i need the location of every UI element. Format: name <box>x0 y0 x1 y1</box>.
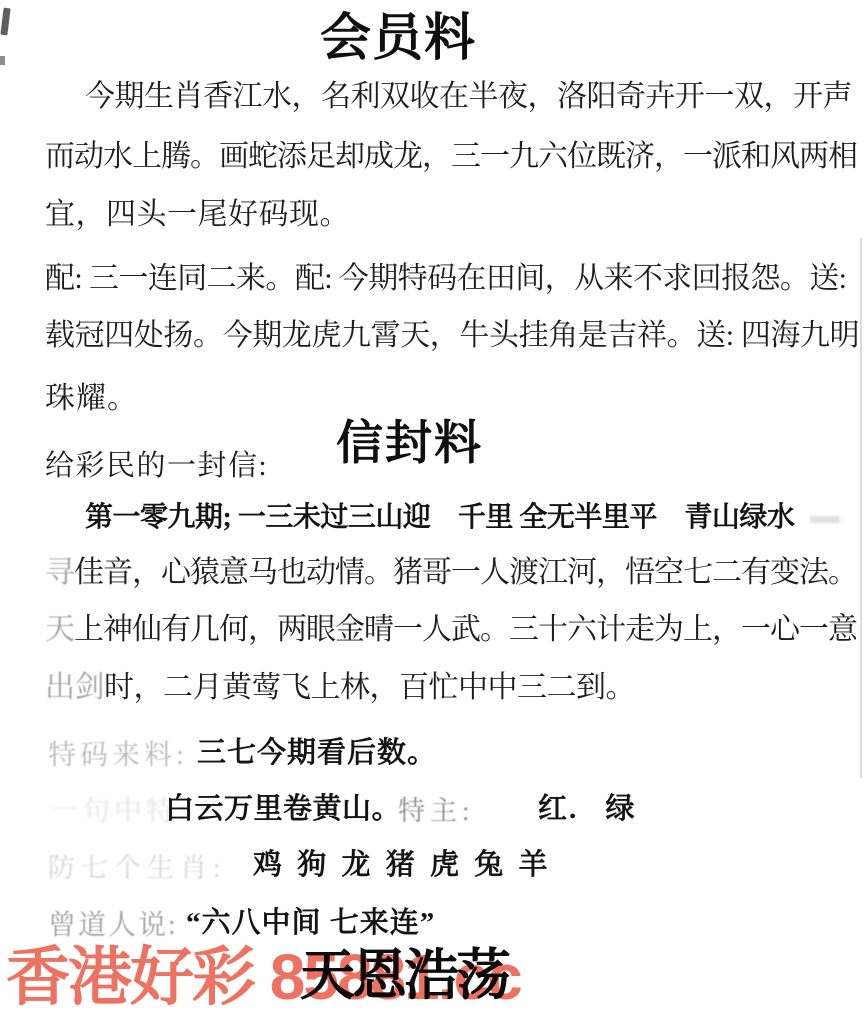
member-line: 宜，四头一尾好码现。 <box>45 198 350 233</box>
verse-line-issue: 第一零九期; 一三未过三山迎 千里 全无半里平 青山绿水 <box>85 502 794 534</box>
verse-text: 第一零九期; 一三未过三山迎 千里 全无半里平 青山绿水 <box>85 502 794 533</box>
footer-row-tip: 三七今期看后数。 <box>197 737 437 770</box>
faded-prefix: 天 <box>45 613 74 646</box>
letter-intro-label: 给彩民的一封信: <box>45 450 268 483</box>
scan-edge-line <box>860 238 862 778</box>
verse-line: 天上神仙有几何，两眼金晴一人武。三十六计走为上，一心一意 <box>45 613 857 648</box>
member-section-title: 会员料 <box>320 10 476 69</box>
footer-row-label-faded: 防七个生肖: <box>48 853 227 884</box>
footer-row-label-faded: 曾道人说: <box>48 910 178 942</box>
footer-row-tip: 白云万里卷黄山。 <box>165 793 401 826</box>
zodiac-tip-row: 鸡 狗 龙 猪 虎 兔 羊 <box>253 849 549 882</box>
verse-text: 佳音，心猿意马也动情。猪哥一人渡江河，悟空七二有变法。 <box>74 556 857 589</box>
special-main-colors: 红. 绿 <box>538 793 637 826</box>
member-line: 载冠四处扬。今期龙虎九霄天，牛头挂角是吉祥。送: 四海九明 <box>45 319 859 354</box>
scan-noise <box>810 516 840 523</box>
scan-speck <box>0 56 5 65</box>
member-line: 今期生肖香江水，名利双收在半夜，洛阳奇卉开一双，开声 <box>85 80 852 115</box>
member-line: 珠耀。 <box>45 382 138 417</box>
faded-prefix: 寻 <box>45 556 74 589</box>
site-watermark: 香港好彩 85881.cc <box>6 941 521 1015</box>
verse-text: 上神仙有几何，两眼金晴一人武。三十六计走为上，一心一意 <box>74 613 857 646</box>
verse-line: 寻佳音，心猿意马也动情。猪哥一人渡江河，悟空七二有变法。 <box>45 556 857 591</box>
member-line: 而动水上腾。画蛇添足却成龙，三一九六位既济，一派和风两相 <box>45 140 857 175</box>
verse-text: 时，二月黄莺飞上林，百忙中中三二到。 <box>104 671 635 704</box>
envelope-section-title: 信封料 <box>336 417 483 471</box>
member-line: 配: 三一连同二来。配: 今期特码在田间，从来不求回报怨。送: <box>45 262 846 297</box>
verse-line: 出剑时，二月黄莺飞上林，百忙中中三二到。 <box>45 671 635 706</box>
quote-tip-row: “六八中间 七来连” <box>186 907 435 940</box>
scanned-lottery-sheet: 会员料 今期生肖香江水，名利双收在半夜，洛阳奇卉开一双，开声 而动水上腾。画蛇添… <box>0 0 866 1024</box>
faded-prefix: 出剑 <box>45 671 104 704</box>
scan-speck <box>0 8 10 36</box>
special-main-label-faded: 特主: <box>398 796 475 827</box>
footer-row-label-faded: 特码来料: <box>48 740 188 772</box>
